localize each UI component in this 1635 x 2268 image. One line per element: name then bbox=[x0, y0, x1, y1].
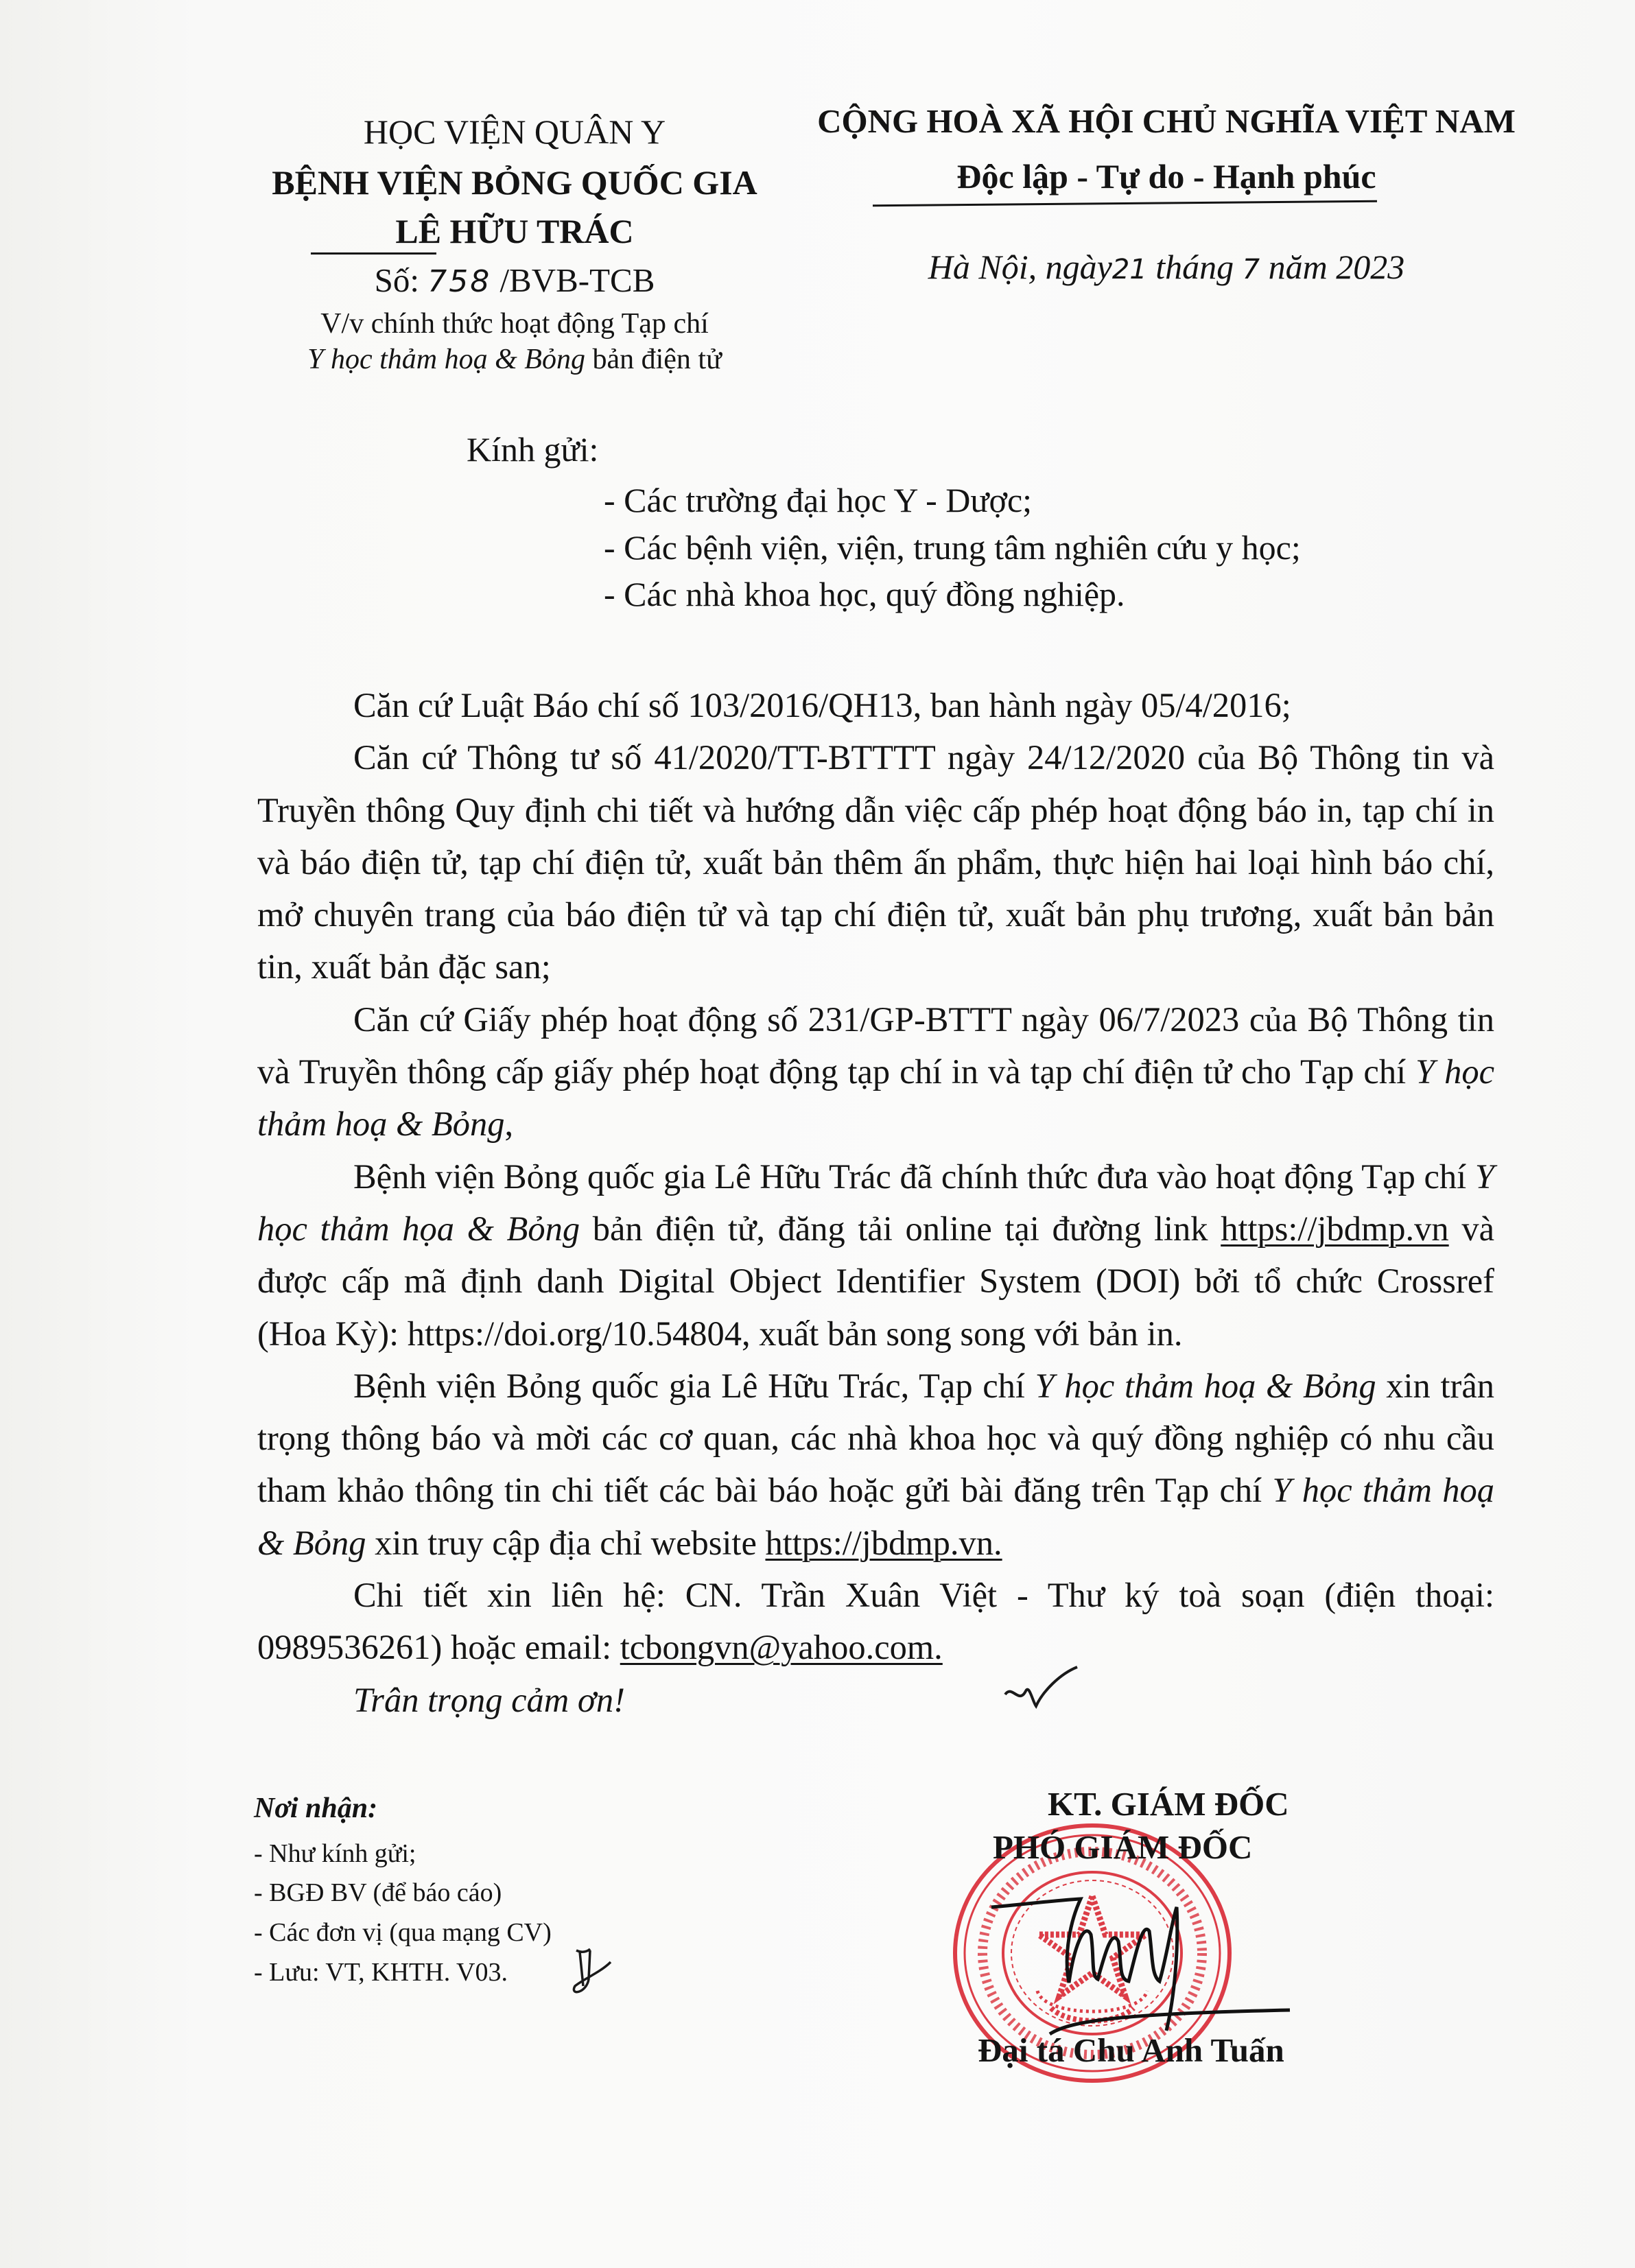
date-month-label: tháng bbox=[1147, 248, 1243, 286]
addressees-label: Kính gửi: bbox=[467, 429, 598, 469]
nation-title: CỘNG HOÀ XÃ HỘI CHỦ NGHĨA VIỆT NAM bbox=[789, 102, 1544, 141]
doc-number-suffix: /BVB-TCB bbox=[499, 261, 655, 299]
p4-text: Bệnh viện Bỏng quốc gia Lê Hữu Trác đã c… bbox=[353, 1157, 1475, 1196]
addressee-item: - Các nhà khoa học, quý đồng nghiệp. bbox=[604, 574, 1125, 614]
p3-text: Căn cứ Giấy phép hoạt động số 231/GP-BTT… bbox=[257, 1000, 1494, 1091]
p3-text-end: , bbox=[505, 1105, 514, 1143]
subject-line-2-rest: bản điện tử bbox=[585, 344, 722, 375]
contact-email-link[interactable]: tcbongvn@yahoo.com. bbox=[620, 1628, 943, 1666]
journal-website-link[interactable]: https://jbdmp.vn bbox=[1221, 1209, 1449, 1248]
body-paragraph-4: Bệnh viện Bỏng quốc gia Lê Hữu Trác đã c… bbox=[257, 1150, 1494, 1360]
journal-name: Y học thảm hoạ & Bỏng bbox=[307, 344, 585, 375]
recipients-title: Nơi nhận: bbox=[254, 1792, 377, 1825]
date-place: Hà Nội, ngày bbox=[928, 248, 1112, 286]
doc-number-handwritten: 758 bbox=[427, 264, 491, 299]
addressee-item: - Các bệnh viện, viện, trung tâm nghiên … bbox=[604, 528, 1301, 567]
initials-mark-icon bbox=[563, 1945, 617, 2000]
recipient-item: - Các đơn vị (qua mạng CV) bbox=[254, 1917, 552, 1948]
recipient-item: - Như kính gửi; bbox=[254, 1839, 416, 1869]
p5-text: Bệnh viện Bỏng quốc gia Lê Hữu Trác, Tạp… bbox=[353, 1367, 1035, 1405]
date-year: năm 2023 bbox=[1260, 248, 1404, 286]
organization-name-line2: LÊ HỮU TRÁC bbox=[206, 211, 823, 251]
body-paragraph-1: Căn cứ Luật Báo chí số 103/2016/QH13, ba… bbox=[257, 679, 1494, 731]
signature-title-2: PHÓ GIÁM ĐỐC bbox=[993, 1828, 1252, 1867]
closing-line: Trân trọng cảm ơn! bbox=[257, 1674, 1494, 1726]
addressee-item: - Các trường đại học Y - Dược; bbox=[604, 480, 1032, 520]
organization-name-line1: BỆNH VIỆN BỎNG QUỐC GIA bbox=[206, 163, 823, 202]
national-motto: Độc lập - Tự do - Hạnh phúc bbox=[789, 156, 1544, 196]
subject-line-2: Y học thảm hoạ & Bỏng bản điện tử bbox=[206, 343, 823, 376]
body-paragraph-6: Chi tiết xin liên hệ: CN. Trần Xuân Việt… bbox=[257, 1569, 1494, 1674]
subject-line-1: V/v chính thức hoạt động Tạp chí bbox=[206, 307, 823, 340]
body-paragraph-5: Bệnh viện Bỏng quốc gia Lê Hữu Trác, Tạp… bbox=[257, 1360, 1494, 1569]
body-paragraph-3: Căn cứ Giấy phép hoạt động số 231/GP-BTT… bbox=[257, 993, 1494, 1150]
handwritten-signature bbox=[988, 1893, 1310, 2044]
issue-date: Hà Nội, ngày21 tháng 7 năm 2023 bbox=[789, 247, 1544, 287]
parent-organization: HỌC VIỆN QUÂN Y bbox=[206, 112, 823, 152]
letter-body: Căn cứ Luật Báo chí số 103/2016/QH13, ba… bbox=[257, 679, 1494, 1726]
date-day-handwritten: 21 bbox=[1112, 254, 1147, 285]
recipient-item: - Lưu: VT, KHTH. V03. bbox=[254, 1957, 508, 1987]
journal-name: Y học thảm hoạ & Bỏng bbox=[1035, 1367, 1376, 1405]
organization-underline bbox=[311, 252, 436, 255]
date-month-handwritten: 7 bbox=[1243, 254, 1260, 285]
body-paragraph-2: Căn cứ Thông tư số 41/2020/TT-BTTTT ngày… bbox=[257, 731, 1494, 993]
document-number: Số: 758 /BVB-TCB bbox=[206, 261, 823, 300]
p5-text-mid2: xin truy cập địa chỉ website bbox=[366, 1524, 766, 1562]
p4-text-mid: bản điện tử, đăng tải online tại đường l… bbox=[580, 1209, 1221, 1248]
motto-underline bbox=[873, 200, 1377, 206]
recipient-item: - BGĐ BV (để báo cáo) bbox=[254, 1878, 502, 1908]
journal-website-link[interactable]: https://jbdmp.vn. bbox=[766, 1524, 1002, 1562]
check-mark-icon bbox=[1002, 1664, 1084, 1712]
signature-title-1: KT. GIÁM ĐỐC bbox=[1048, 1784, 1289, 1823]
document-page: HỌC VIỆN QUÂN Y BỆNH VIỆN BỎNG QUỐC GIA … bbox=[0, 0, 1635, 2268]
doc-number-prefix: Số: bbox=[375, 261, 419, 299]
